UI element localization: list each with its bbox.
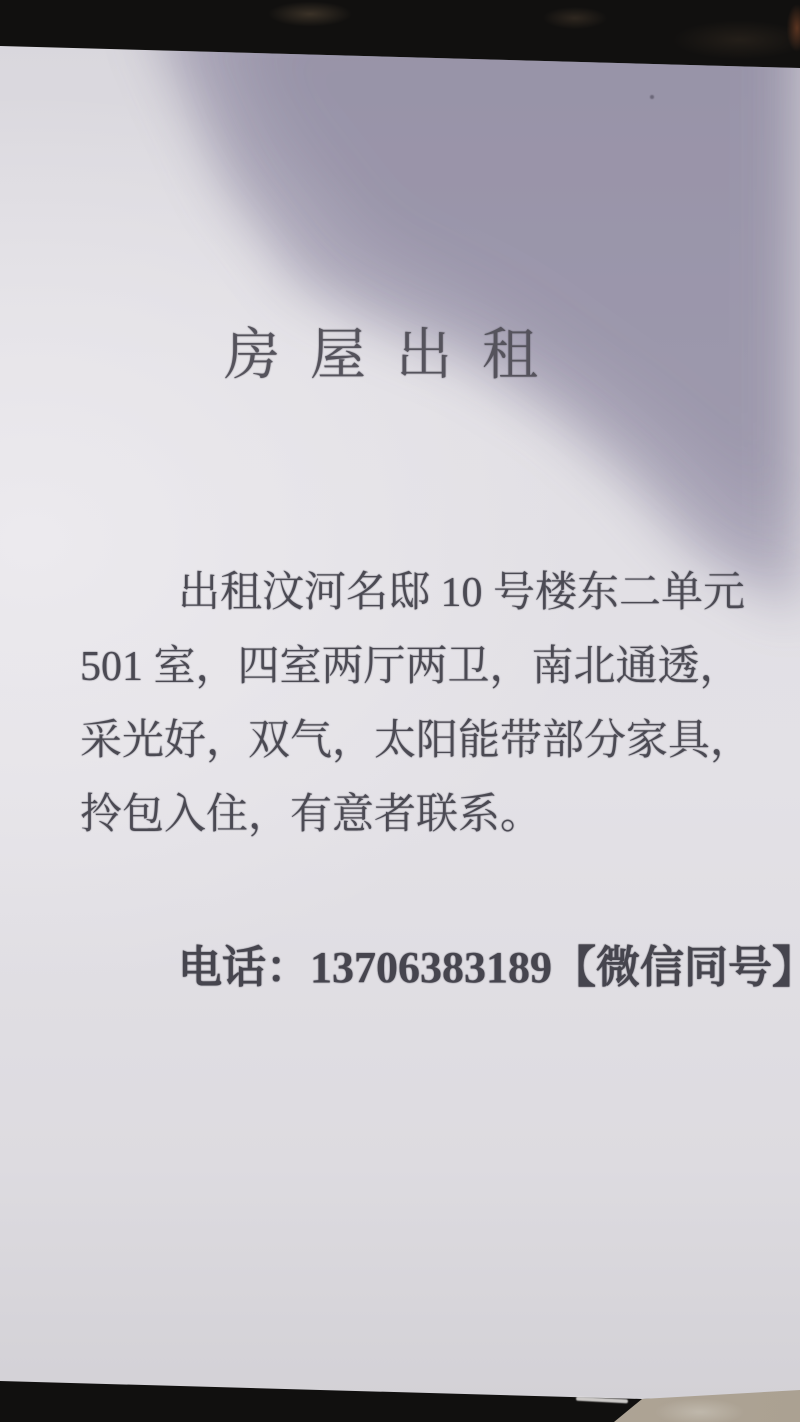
paper-sheet: 房屋出租 出租汶河名邸 10 号楼东二单元 501 室，四室两厅两卫，南北通透，… xyxy=(0,0,800,1422)
phone-number: 13706383189 xyxy=(310,943,552,992)
contact-line: 电话：13706383189【微信同号】 xyxy=(178,936,800,1000)
photo-background: 房屋出租 出租汶河名邸 10 号楼东二单元 501 室，四室两厅两卫，南北通透，… xyxy=(0,0,800,1422)
rental-notice-body: 出租汶河名邸 10 号楼东二单元 501 室，四室两厅两卫，南北通透， 采光好，… xyxy=(80,556,760,852)
body-line: 出租汶河名邸 10 号楼东二单元 xyxy=(80,556,760,630)
paper-speck xyxy=(650,95,654,99)
rental-notice-title: 房屋出租 xyxy=(224,326,568,386)
wechat-note: 【微信同号】 xyxy=(552,943,800,992)
body-line: 拎包入住，有意者联系。 xyxy=(80,778,760,852)
body-line: 采光好，双气，太阳能带部分家具， xyxy=(80,704,760,778)
phone-label: 电话： xyxy=(178,943,310,992)
body-line: 501 室，四室两厅两卫，南北通透， xyxy=(80,630,760,704)
